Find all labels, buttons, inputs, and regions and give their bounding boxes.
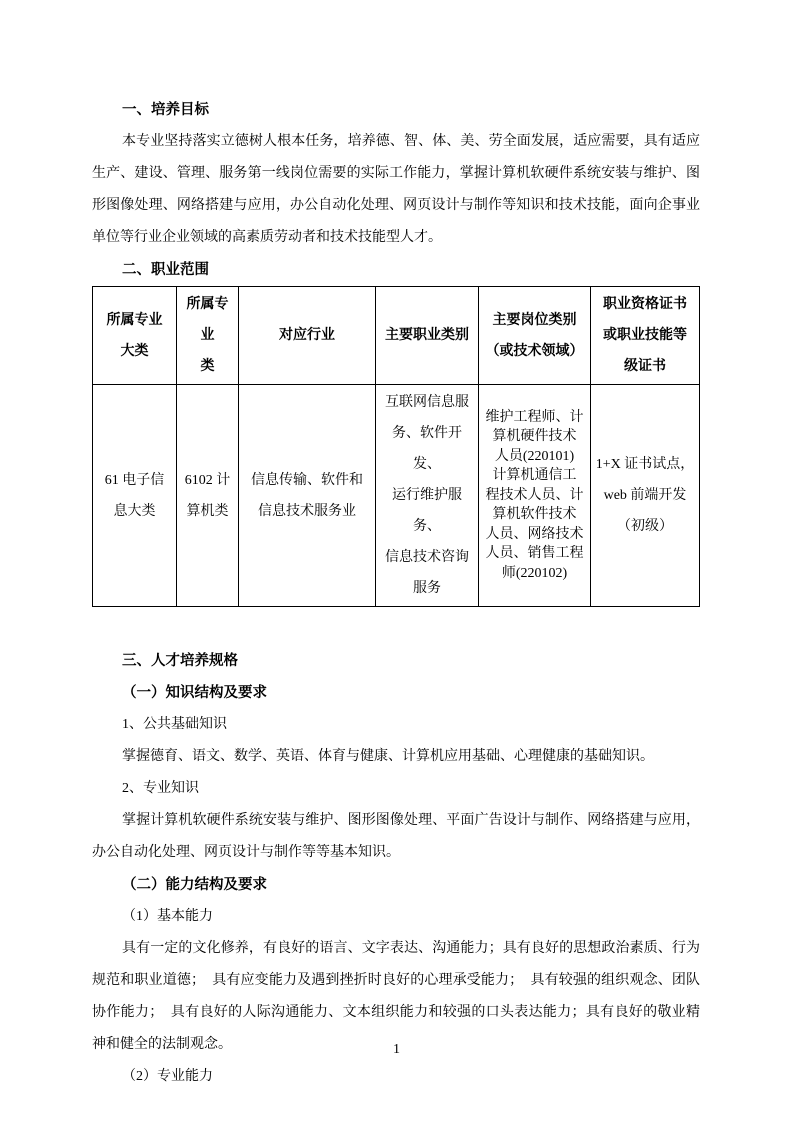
table-cell-major-class: 6102 计 算机类 xyxy=(177,385,239,607)
table-cell-occupation-type: 互联网信息服 务、软件开发、 运行维护服务、 信息技术咨询 服务 xyxy=(376,385,479,607)
list-item-professional-ability: （2）专业能力 xyxy=(92,1061,700,1093)
page-number: 1 xyxy=(0,1036,793,1064)
section-title-talent-spec: 三、人才培养规格 xyxy=(92,645,700,677)
list-item-basic-ability: （1）基本能力 xyxy=(92,901,700,933)
table-header-major-class: 所属专业 类 xyxy=(177,287,239,385)
paragraph-professional-knowledge: 掌握计算机软硬件系统安装与维护、图形图像处理、平面广告设计与制作、网络搭建与应用… xyxy=(92,805,700,869)
table-cell-post-type: 维护工程师、计 算机硬件技术 人员(220101) 计算机通信工 程技术人员、计… xyxy=(479,385,591,607)
table-cell-certificate: 1+X 证书试点， web 前端开发 （初级） xyxy=(591,385,700,607)
subsection-title-ability: （二）能力结构及要求 xyxy=(92,869,700,901)
list-item-professional-knowledge: 2、专业知识 xyxy=(92,773,700,805)
paragraph-public-basic: 掌握德育、语文、数学、英语、体育与健康、计算机应用基础、心理健康的基础知识。 xyxy=(92,741,700,773)
table-header-industry: 对应行业 xyxy=(239,287,376,385)
subsection-title-knowledge: （一）知识结构及要求 xyxy=(92,677,700,709)
table-header-certificate: 职业资格证书 或职业技能等 级证书 xyxy=(591,287,700,385)
table-header-row: 所属专业 大类 所属专业 类 对应行业 主要职业类别 主要岗位类别 （或技术领域… xyxy=(93,287,700,385)
table-data-row: 61 电子信 息大类 6102 计 算机类 信息传输、软件和 信息技术服务业 互… xyxy=(93,385,700,607)
table-header-major-category: 所属专业 大类 xyxy=(93,287,177,385)
section-title-occupation-scope: 二、职业范围 xyxy=(92,254,700,286)
table-header-occupation-type: 主要职业类别 xyxy=(376,287,479,385)
occupation-scope-table: 所属专业 大类 所属专业 类 对应行业 主要职业类别 主要岗位类别 （或技术领域… xyxy=(92,286,700,607)
paragraph-training-objective: 本专业坚持落实立德树人根本任务，培养德、智、体、美、劳全面发展，适应需要，具有适… xyxy=(92,126,700,254)
document-page: 一、培养目标 本专业坚持落实立德树人根本任务，培养德、智、体、美、劳全面发展，适… xyxy=(0,0,793,1122)
table-cell-major-category: 61 电子信 息大类 xyxy=(93,385,177,607)
document-content: 一、培养目标 本专业坚持落实立德树人根本任务，培养德、智、体、美、劳全面发展，适… xyxy=(92,94,700,1093)
list-item-public-basic: 1、公共基础知识 xyxy=(92,709,700,741)
section-title-training-objective: 一、培养目标 xyxy=(92,94,700,126)
table-cell-industry: 信息传输、软件和 信息技术服务业 xyxy=(239,385,376,607)
table-header-post-type: 主要岗位类别 （或技术领域） xyxy=(479,287,591,385)
